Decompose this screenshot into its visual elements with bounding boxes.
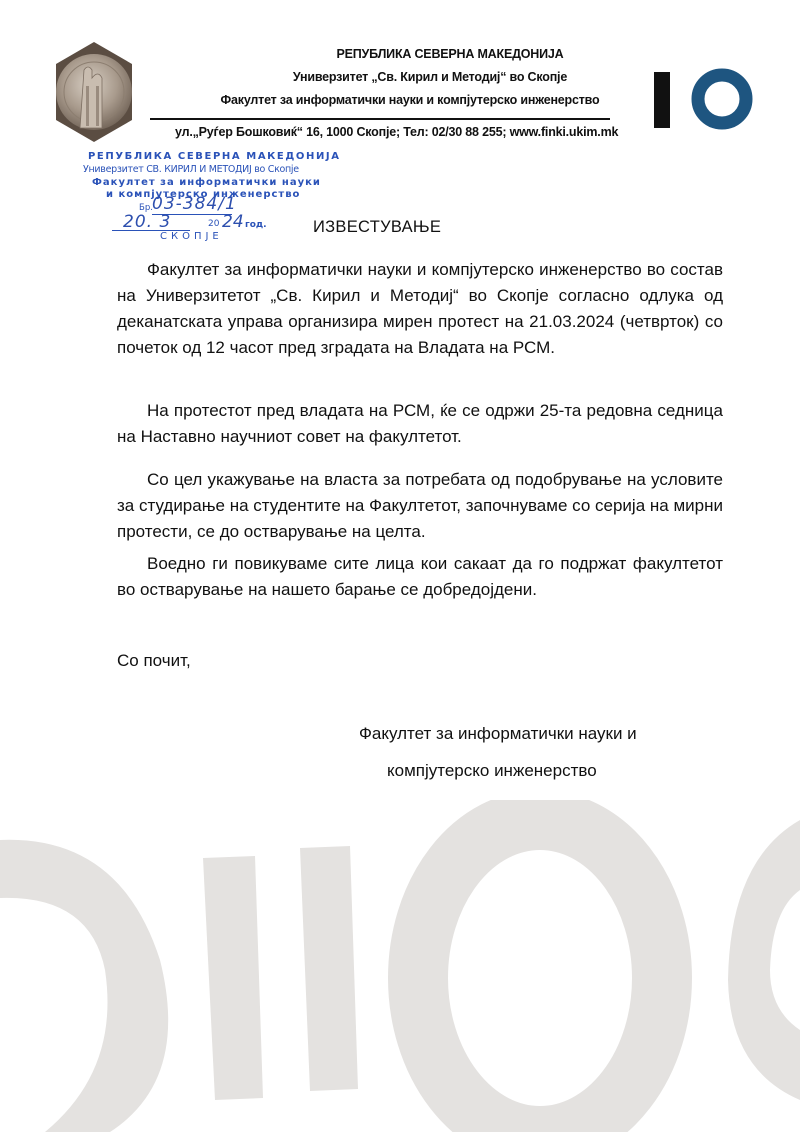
header-faculty: Факултет за информатички науки и компјут…	[200, 93, 620, 107]
paragraph-4: Воедно ги повикуваме сите лица кои сакаа…	[117, 551, 723, 603]
stamp-year-label: год.	[245, 220, 267, 230]
header-country: РЕПУБЛИКА СЕВЕРНА МАКЕДОНИЈА	[300, 47, 600, 61]
document-title: ИЗВЕСТУВАЊЕ	[313, 218, 441, 237]
header-divider	[150, 118, 610, 120]
stamp-year-prefix: 20	[208, 219, 219, 229]
stamp-faculty-line1: Факултет за информатички науки	[92, 177, 321, 188]
signature-line-2: компјутерско инженерство	[387, 761, 597, 781]
decorative-background-shapes	[0, 800, 800, 1132]
stamp-date: 20. 3	[123, 212, 171, 232]
stamp-year-suffix: 24	[222, 212, 244, 232]
stamp-country: РЕПУБЛИКА СЕВЕРНА МАКЕДОНИЈА	[88, 151, 341, 162]
closing-salutation: Со почит,	[117, 651, 191, 671]
paragraph-1: Факултет за информатички науки и компјут…	[117, 257, 723, 361]
paragraph-text: Факултет за информатички науки и компјут…	[117, 257, 723, 361]
paragraph-text: Со цел укажување на власта за потребата …	[117, 467, 723, 545]
header-address: ул.„Руѓер Бошковиќ“ 16, 1000 Скопје; Тел…	[175, 125, 615, 139]
signature-line-1: Факултет за информатички науки и	[359, 724, 637, 744]
paragraph-text: На протестот пред владата на РСМ, ќе се …	[117, 398, 723, 450]
stamp-number: 03-384/1	[152, 194, 237, 214]
stamp-city: СКОПЈЕ	[160, 231, 223, 242]
faculty-logo-icon	[652, 68, 762, 130]
paragraph-2: На протестот пред владата на РСМ, ќе се …	[117, 398, 723, 450]
stamp-university: Универзитет СВ. КИРИЛ И МЕТОДИЈ во Скопј…	[83, 164, 299, 175]
paragraph-text: Воедно ги повикуваме сите лица кои сакаа…	[117, 551, 723, 603]
header-university: Универзитет „Св. Кирил и Методиј“ во Ско…	[240, 70, 620, 84]
university-seal-icon	[52, 40, 136, 144]
paragraph-3: Со цел укажување на власта за потребата …	[117, 467, 723, 545]
